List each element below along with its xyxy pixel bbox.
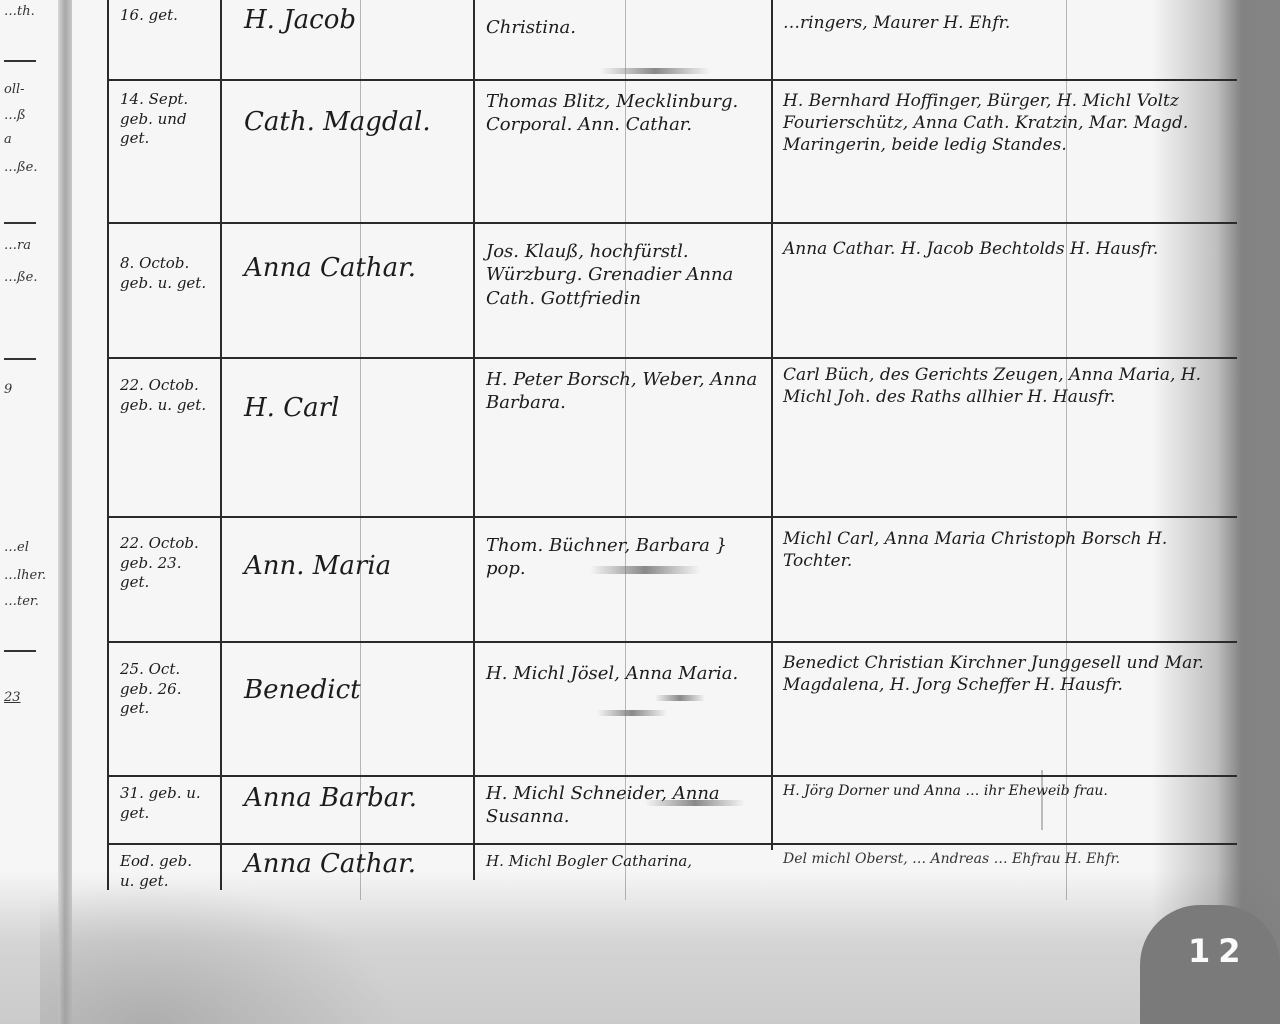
entry-parents: H. Michl Schneider, Anna Susanna. <box>478 778 768 842</box>
entry-date: Eod. geb. u. get. <box>112 848 217 908</box>
ink-smudge <box>590 566 700 574</box>
column-divider <box>473 0 475 880</box>
margin-note: …ße. <box>4 160 38 175</box>
entry-child-name: Cath. Magdal. <box>224 84 470 220</box>
entry-godparents: Carl Büch, des Gerichts Zeugen, Anna Mar… <box>775 360 1225 512</box>
row-divider <box>107 516 1237 518</box>
margin-note: …ß <box>4 108 26 123</box>
entry-date: 14. Sept. geb. und get. <box>112 86 217 220</box>
margin-note: …ße. <box>4 270 38 285</box>
ink-smudge <box>597 710 667 716</box>
entry-child-name: H. Jacob <box>224 0 470 78</box>
entry-date: 22. Octob. geb. 23. get. <box>112 530 217 638</box>
ink-smudge <box>645 800 745 806</box>
entry-parents: H. Peter Borsch, Weber, Anna Barbara. <box>478 364 768 512</box>
ink-smudge <box>600 68 710 74</box>
margin-note: …lher. <box>4 568 46 583</box>
entry-godparents: …ringers, Maurer H. Ehfr. <box>775 8 1225 78</box>
ink-smudge <box>655 695 705 701</box>
row-divider <box>107 222 1237 224</box>
entry-date: 8. Octob. geb. u. get. <box>112 250 217 354</box>
entry-godparents: H. Jörg Dorner und Anna … ihr Eheweib fr… <box>775 778 1225 842</box>
entry-parents: Thomas Blitz, Mecklinburg. Corporal. Ann… <box>478 86 768 220</box>
entry-parents: Jos. Klauß, hochfürstl. Würzburg. Grenad… <box>478 236 768 354</box>
margin-note: …el <box>4 540 29 555</box>
register-page: …th. oll- …ß a …ße. …ra …ße. 9 …el …lher… <box>0 0 1280 1024</box>
margin-note: …ter. <box>4 594 39 609</box>
book-gutter <box>58 0 72 1024</box>
margin-note: 23 <box>4 690 21 705</box>
entry-child-name: Ann. Maria <box>224 528 470 638</box>
entry-date: 31. geb. u. get. <box>112 780 217 842</box>
margin-rule <box>4 222 36 224</box>
column-divider <box>220 0 222 890</box>
entry-child-name: H. Carl <box>224 370 470 512</box>
margin-note: oll- <box>4 82 25 97</box>
row-divider <box>107 79 1237 81</box>
entry-godparents: Michl Carl, Anna Maria Christoph Borsch … <box>775 524 1225 638</box>
entry-date: 16. get. <box>112 2 217 78</box>
entry-child-name: Benedict <box>224 652 470 772</box>
margin-note: a <box>4 132 12 147</box>
entry-godparents: Anna Cathar. H. Jacob Bechtolds H. Hausf… <box>775 234 1225 354</box>
entry-godparents: H. Bernhard Hoffinger, Bürger, H. Michl … <box>775 86 1225 220</box>
margin-rule <box>4 60 36 62</box>
margin-note: …ra <box>4 238 31 253</box>
row-divider <box>107 641 1237 643</box>
column-divider <box>771 0 773 850</box>
margin-note: 9 <box>4 382 12 397</box>
entry-parents: Thom. Büchner, Barbara } pop. <box>478 530 768 638</box>
entry-child-name: Anna Cathar. <box>224 230 470 354</box>
entry-date: 22. Octob. geb. u. get. <box>112 372 217 512</box>
entry-godparents: Benedict Christian Kirchner Junggesell u… <box>775 648 1225 772</box>
page-number: 12 <box>1188 932 1249 970</box>
entry-parents: H. Michl Bogler Catharina, <box>478 848 768 904</box>
margin-rule <box>4 358 36 360</box>
row-divider <box>107 357 1237 359</box>
entry-date: 25. Oct. geb. 26. get. <box>112 656 217 772</box>
entry-child-name: Anna Cathar. <box>224 826 470 906</box>
entry-godparents: Del michl Oberst, … Andreas … Ehfrau H. … <box>775 846 1225 902</box>
margin-note: …th. <box>4 4 35 19</box>
margin-rule <box>4 650 36 652</box>
facing-page-margin: …th. oll- …ß a …ße. …ra …ße. 9 …el …lher… <box>0 0 56 1024</box>
table-border-left <box>107 0 109 890</box>
